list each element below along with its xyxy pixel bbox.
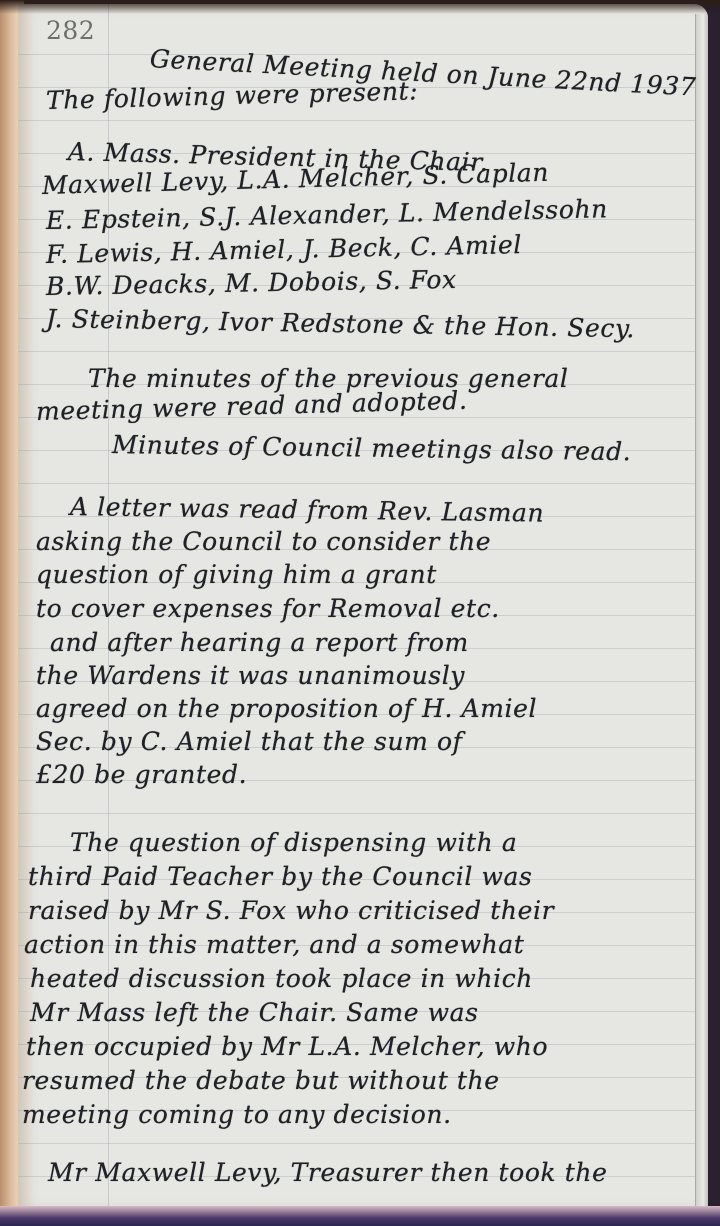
letter-line: £20 be granted. [36, 760, 247, 789]
teacher-line: meeting coming to any decision. [22, 1100, 452, 1129]
letter-line: agreed on the proposition of H. Amiel [36, 694, 537, 723]
letter-line: and after hearing a report from [50, 628, 469, 657]
treasurer-line: Mr Maxwell Levy, Treasurer then took the [48, 1158, 608, 1187]
teacher-line: then occupied by Mr L.A. Melcher, who [26, 1032, 548, 1061]
teacher-line: Mr Mass left the Chair. Same was [30, 998, 479, 1027]
page-edge [695, 14, 708, 1212]
teacher-line: heated discussion took place in which [30, 964, 533, 993]
letter-line: Sec. by C. Amiel that the sum of [36, 727, 463, 756]
letter-line: to cover expenses for Removal etc. [36, 594, 500, 623]
teacher-line: action in this matter, and a somewhat [24, 930, 524, 959]
teacher-line: The question of dispensing with a [70, 828, 517, 857]
teacher-line: resumed the debate but without the [22, 1066, 500, 1095]
bottom-cloth [0, 1206, 720, 1226]
teacher-line: raised by Mr S. Fox who criticised their [28, 896, 554, 925]
letter-line: the Wardens it was unanimously [36, 661, 465, 690]
letter-line: asking the Council to consider the [36, 527, 491, 556]
book-photo: 282 General Meeting held on June 22nd 19… [0, 0, 720, 1226]
teacher-line: third Paid Teacher by the Council was [28, 862, 532, 891]
letter-line: question of giving him a grant [36, 560, 437, 589]
top-shadow [0, 0, 720, 14]
page-number: 282 [46, 16, 95, 45]
